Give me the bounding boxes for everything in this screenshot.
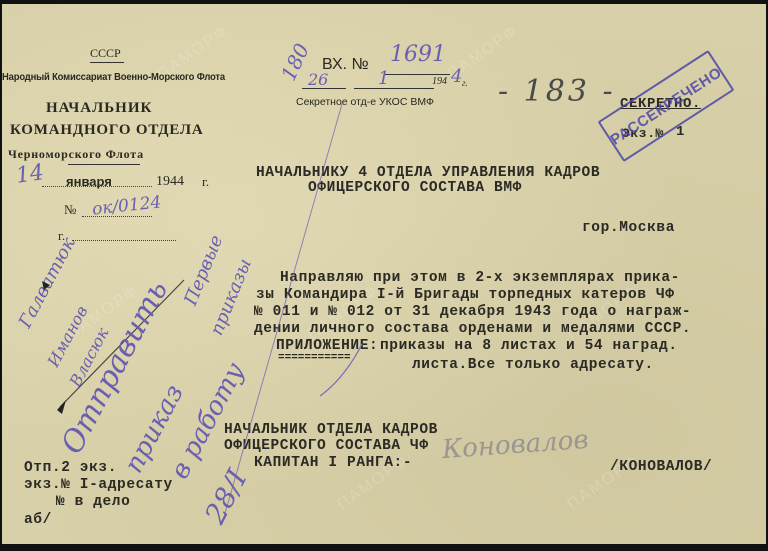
- document-page: ПАМОРФ ПАМОРФ ПАМОРФ ПАМОРФ ПАМОРФ ПАМОР…: [2, 4, 766, 544]
- pen-strokes: [2, 4, 766, 544]
